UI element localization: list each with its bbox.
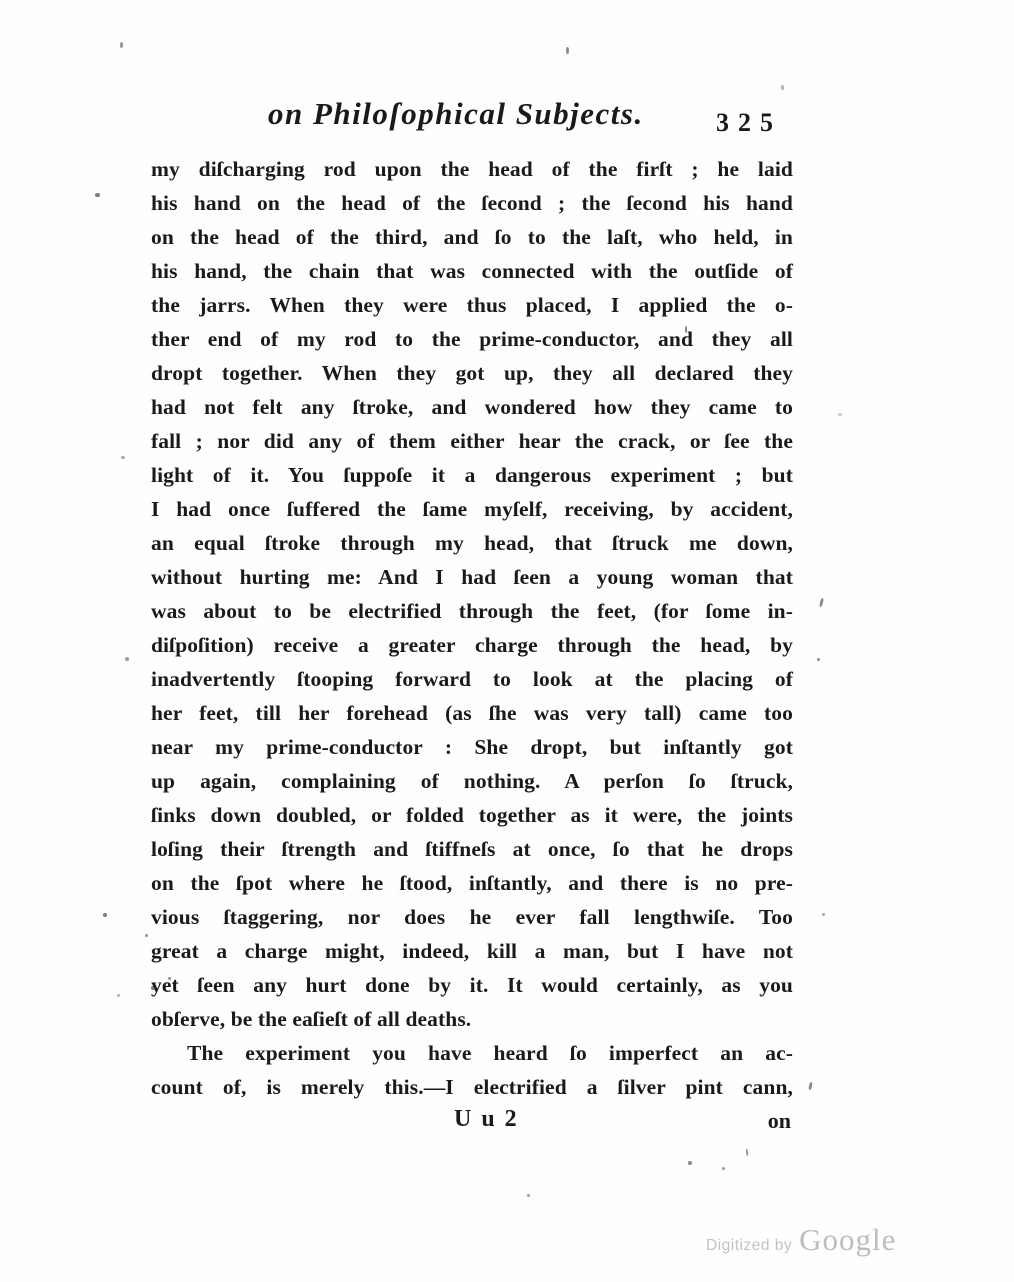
text-line: obſerve, be the eaſieſt of all deaths. — [151, 1002, 793, 1036]
text-line: ther end of my rod to the prime-conducto… — [151, 322, 793, 356]
text-line: his hand on the head of the ſecond ; the… — [151, 186, 793, 220]
text-line: great a charge might, indeed, kill a man… — [151, 934, 793, 968]
text-line: ſinks down doubled, or folded together a… — [151, 798, 793, 832]
body-text-block: my diſcharging rod upon the head of the … — [151, 152, 793, 1104]
signature-mark: U u 2 — [454, 1106, 519, 1133]
text-line: my diſcharging rod upon the head of the … — [151, 152, 793, 186]
text-line-paragraph-start: The experiment you have heard ſo imperfe… — [151, 1036, 793, 1070]
text-line: on the head of the third, and ſo to the … — [151, 220, 793, 254]
ink-speck — [808, 1082, 813, 1090]
text-line: inadvertently ſtooping forward to look a… — [151, 662, 793, 696]
text-line: without hurting me: And I had ſeen a you… — [151, 560, 793, 594]
ink-speck — [168, 977, 171, 980]
ink-speck — [819, 598, 824, 607]
text-line: near my prime-conductor : She dropt, but… — [151, 730, 793, 764]
running-title: on Philoſophical Subjects. — [268, 96, 644, 132]
text-line: diſpoſition) receive a greater charge th… — [151, 628, 793, 662]
page-number: 325 — [716, 108, 782, 138]
text-line: was about to be electrified through the … — [151, 594, 793, 628]
watermark-prefix: Digitized by — [706, 1237, 792, 1255]
ink-speck — [688, 1161, 692, 1165]
ink-speck — [117, 994, 120, 997]
ink-speck — [121, 456, 125, 459]
text-line: the jarrs. When they were thus placed, I… — [151, 288, 793, 322]
ink-speck — [781, 85, 784, 90]
ink-speck — [722, 1167, 725, 1170]
ink-speck — [125, 657, 129, 661]
ink-speck — [151, 986, 155, 990]
ink-speck — [103, 913, 107, 917]
ink-speck — [145, 934, 148, 937]
ink-speck — [817, 658, 820, 661]
text-line: an equal ſtroke through my head, that ſt… — [151, 526, 793, 560]
text-line: count of, is merely this.—I electrified … — [151, 1070, 793, 1104]
ink-speck — [120, 42, 123, 48]
text-line: dropt together. When they got up, they a… — [151, 356, 793, 390]
text-line: his hand, the chain that was connected w… — [151, 254, 793, 288]
catchword: on — [768, 1108, 791, 1134]
ink-speck — [566, 47, 569, 54]
text-line: on the ſpot where he ſtood, inſtantly, a… — [151, 866, 793, 900]
text-line: I had once ſuffered the ſame myſelf, rec… — [151, 492, 793, 526]
footer-row: U u 2 on — [151, 1106, 793, 1142]
text-line: yet ſeen any hurt done by it. It would c… — [151, 968, 793, 1002]
ink-speck — [838, 413, 842, 416]
ink-speck — [746, 1149, 749, 1156]
text-line: up again, complaining of nothing. A perſ… — [151, 764, 793, 798]
ink-speck — [685, 326, 687, 333]
scanned-book-page: on Philoſophical Subjects. 325 my diſcha… — [0, 0, 1014, 1282]
text-line: vious ſtaggering, nor does he ever fall … — [151, 900, 793, 934]
text-line: light of it. You ſuppoſe it a dangerous … — [151, 458, 793, 492]
ink-speck — [95, 193, 100, 197]
google-logo: Google — [799, 1222, 896, 1258]
digitized-by-google-watermark: Digitized by Google — [706, 1222, 896, 1258]
text-line: loſing their ſtrength and ſtiffneſs at o… — [151, 832, 793, 866]
ink-speck — [822, 913, 825, 916]
text-line: had not felt any ſtroke, and wondered ho… — [151, 390, 793, 424]
ink-speck — [527, 1194, 530, 1197]
text-line: fall ; nor did any of them either hear t… — [151, 424, 793, 458]
text-line: her feet, till her forehead (as ſhe was … — [151, 696, 793, 730]
